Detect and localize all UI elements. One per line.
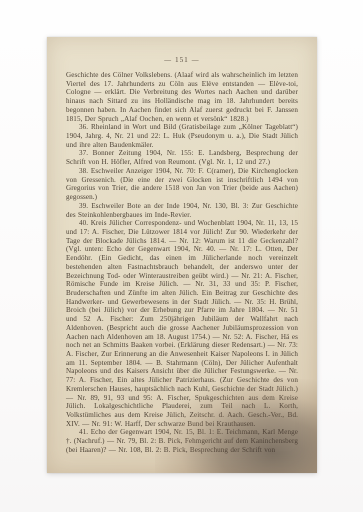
bibliography-entry-40: 40. Kreis Jülicher Correspondenz- und Wo…: [66, 219, 298, 428]
bibliography-entry-37: 37. Bonner Zeitung 1904, Nr. 155: E. Lan…: [66, 149, 298, 166]
bibliography-entry-39: 39. Eschweiler Bote an der Inde 1904, Nr…: [66, 202, 298, 219]
page-content: — 151 — Geschichte des Cölner Volksleben…: [47, 37, 317, 455]
bibliography-entry-continuation: Geschichte des Cölner Volkslebens. (Alaa…: [66, 71, 298, 123]
book-page: — 151 — Geschichte des Cölner Volksleben…: [47, 37, 317, 473]
bibliography-entry-36: 36. Rheinland in Wort und Bild (Gratisbe…: [66, 123, 298, 149]
scan-backdrop: — 151 — Geschichte des Cölner Volksleben…: [0, 0, 363, 512]
page-number: — 151 —: [66, 57, 298, 64]
bibliography-entry-38: 38. Eschweiler Anzeiger 1904, Nr. 70: F.…: [66, 167, 298, 202]
bibliography-entry-41: 41. Echo der Gegenwart 1904, Nr. 15, Bl.…: [66, 428, 298, 454]
